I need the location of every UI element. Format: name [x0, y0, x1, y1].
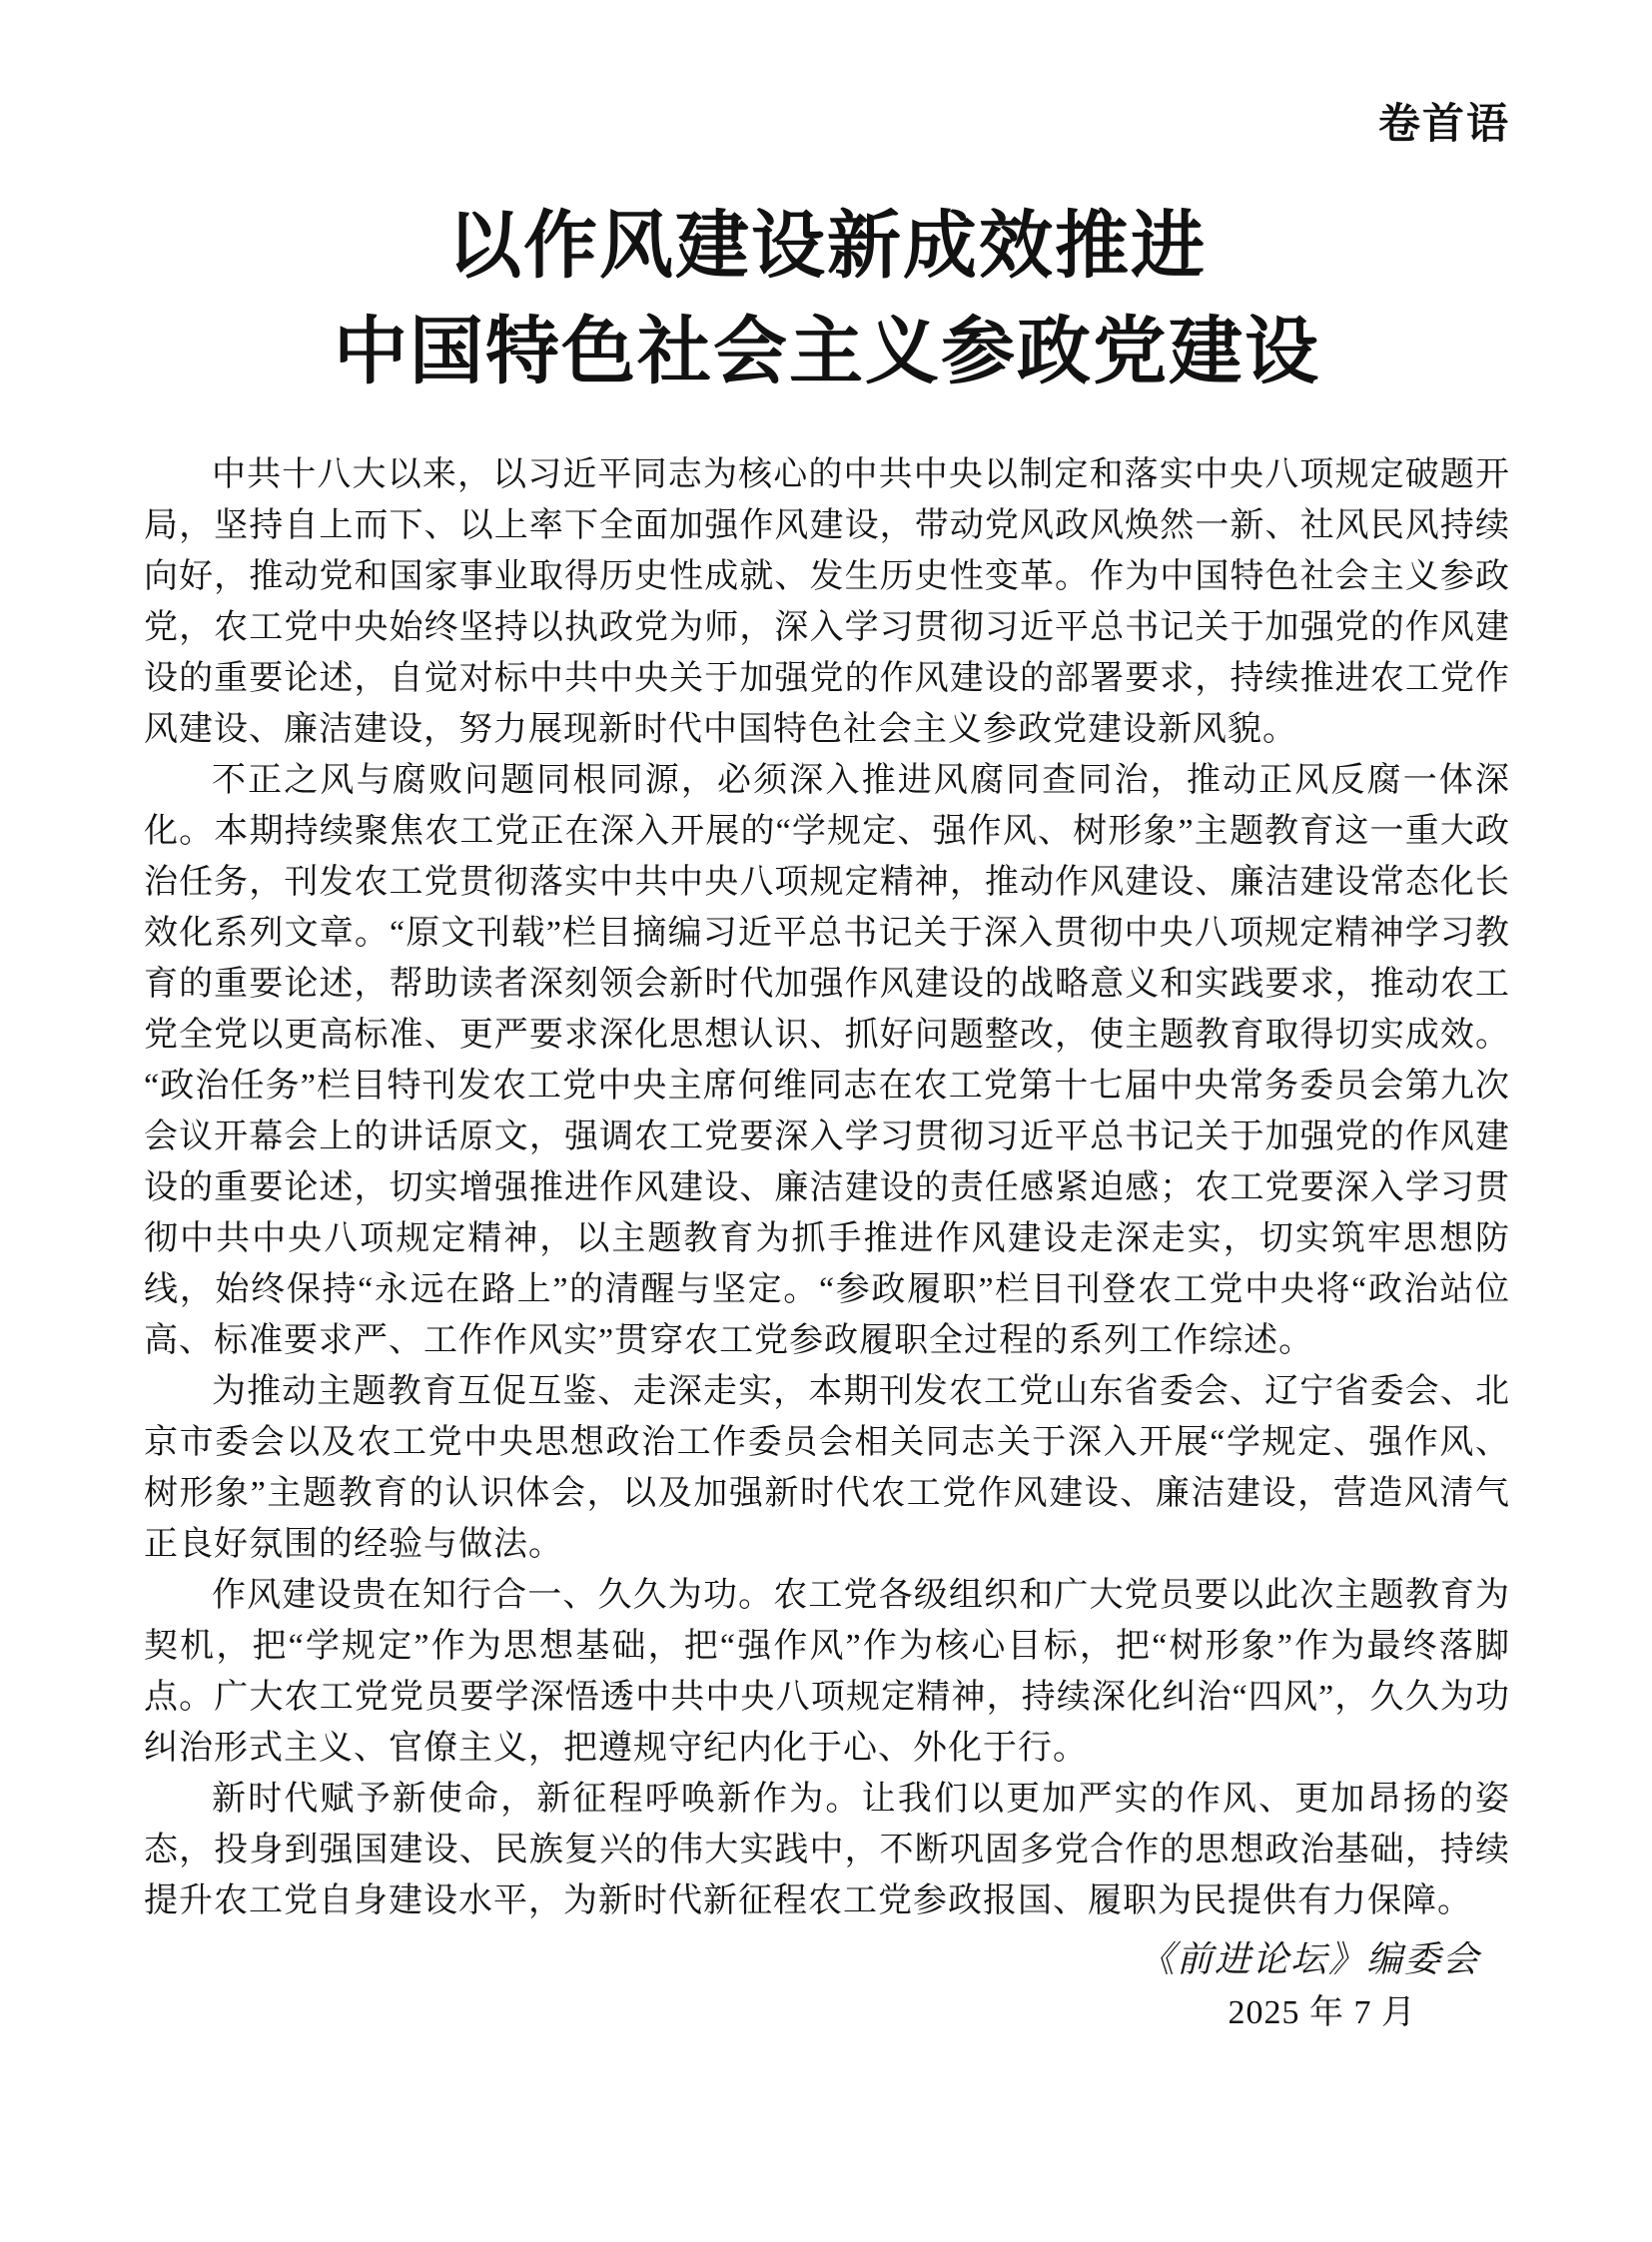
paragraph-5: 新时代赋予新使命，新征程呼唤新作为。让我们以更加严实的作风、更加昂扬的姿态，投身…: [144, 1774, 1510, 1926]
article-title-line-1: 以作风建设新成效推进: [144, 194, 1510, 300]
paragraph-3: 为推动主题教育互促互鉴、走深走实，本期刊发农工党山东省委会、辽宁省委会、北京市委…: [144, 1366, 1510, 1570]
paragraph-2: 不正之风与腐败问题同根同源，必须深入推进风腐同查同治，推动正风反腐一体深化。本期…: [144, 755, 1510, 1366]
publication-date: 2025 年 7 月: [144, 1986, 1510, 2040]
article-title: 以作风建设新成效推进 中国特色社会主义参政党建设: [144, 194, 1510, 405]
editorial-board-signature: 《前进论坛》编委会: [144, 1932, 1510, 1986]
corner-label: 卷首语: [144, 0, 1510, 148]
article-title-line-2: 中国特色社会主义参政党建设: [144, 300, 1510, 405]
paragraph-4: 作风建设贵在知行合一、久久为功。农工党各级组织和广大党员要以此次主题教育为契机，…: [144, 1570, 1510, 1774]
paragraph-1: 中共十八大以来，以习近平同志为核心的中共中央以制定和落实中央八项规定破题开局，坚…: [144, 449, 1510, 755]
article-body: 中共十八大以来，以习近平同志为核心的中共中央以制定和落实中央八项规定破题开局，坚…: [144, 449, 1510, 1926]
document-page: 卷首语 以作风建设新成效推进 中国特色社会主义参政党建设 中共十八大以来，以习近…: [0, 0, 1652, 2242]
